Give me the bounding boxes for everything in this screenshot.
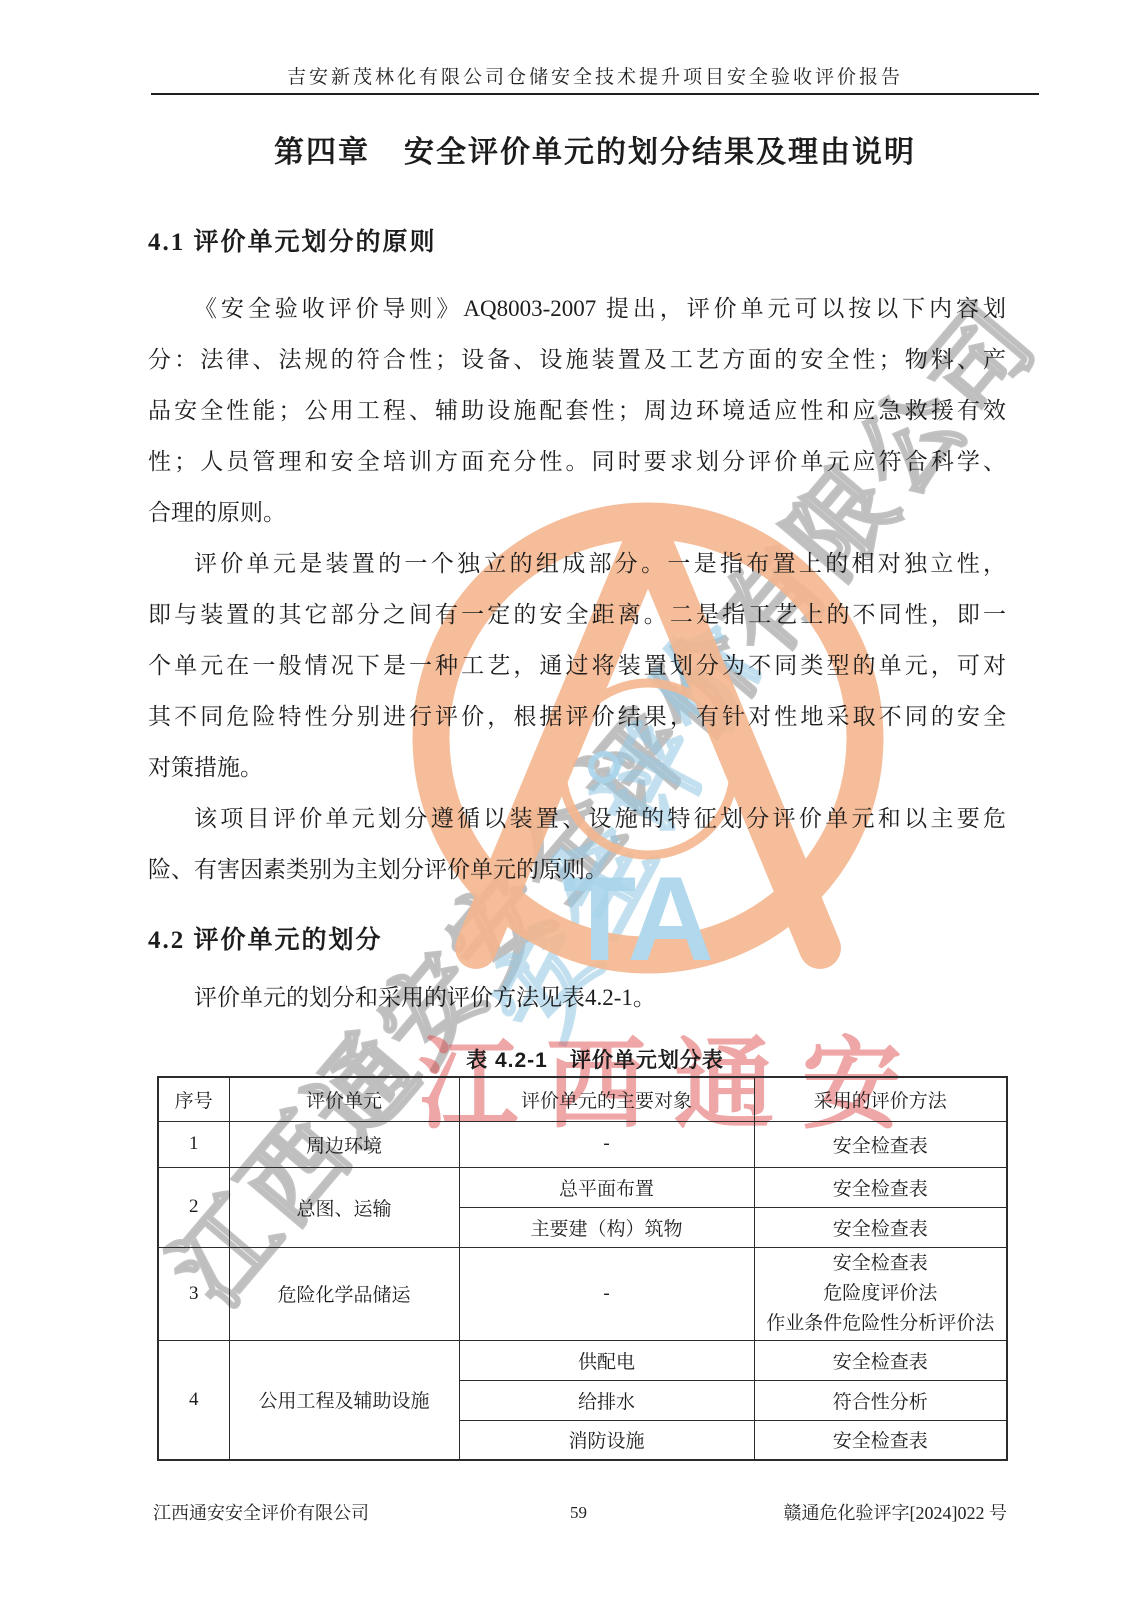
cell-object: - <box>459 1247 754 1340</box>
chapter-label: 第四章 <box>274 136 370 169</box>
cell-object: 供配电 <box>459 1340 754 1380</box>
unit-division-table: 序号 评价单元 评价单元的主要对象 采用的评价方法 1 周边环境 - 安全检查表… <box>157 1076 1008 1461</box>
running-header: 吉安新茂林化有限公司仓储安全技术提升项目安全验收评价报告 <box>150 62 1040 89</box>
cell-unit: 周边环境 <box>229 1121 459 1167</box>
cell-unit: 公用工程及辅助设施 <box>229 1340 459 1460</box>
paragraph-2-line: 即与装置的其它部分之间有一定的安全距离。二是指工艺上的不同性，即一 <box>148 589 1006 640</box>
chapter-title: 第四章安全评价单元的划分结果及理由说明 <box>150 134 1040 172</box>
cell-object: 总平面布置 <box>459 1167 754 1207</box>
col-header-object: 评价单元的主要对象 <box>459 1077 754 1121</box>
cell-method: 安全检查表 危险度评价法 作业条件危险性分析评价法 <box>754 1247 1007 1340</box>
table-caption: 表 4.2-1 评价单元划分表 <box>150 1044 1040 1074</box>
paragraph-2-line: 评价单元是装置的一个独立的组成部分。一是指布置上的相对独立性， <box>148 538 1006 589</box>
paragraph-1-line: 品安全性能；公用工程、辅助设施配套性；周边环境适应性和应急救援有效 <box>148 385 1006 436</box>
paragraph-1-line: 分：法律、法规的符合性；设备、设施装置及工艺方面的安全性；物料、产 <box>148 334 1006 385</box>
cell-no: 2 <box>158 1167 229 1247</box>
method-line: 安全检查表 <box>759 1249 1003 1279</box>
paragraph-2-line: 其不同危险特性分别进行评价，根据评价结果，有针对性地采取不同的安全 <box>148 691 1006 742</box>
report-page: 江西通安安全评价有限公司 安全评价 TA 江西通安 吉安新茂林化有限公司仓储安全… <box>0 0 1129 1600</box>
method-line: 危险度评价法 <box>759 1279 1003 1309</box>
cell-method: 安全检查表 <box>754 1167 1007 1207</box>
cell-method: 安全检查表 <box>754 1340 1007 1380</box>
header-rule <box>151 93 1039 95</box>
section-4-1-heading: 4.1 评价单元划分的原则 <box>148 227 437 259</box>
table-row: 3 危险化学品储运 - 安全检查表 危险度评价法 作业条件危险性分析评价法 <box>158 1247 1007 1340</box>
paragraph-1: 《安全验收评价导则》AQ8003-2007 提出，评价单元可以按以下内容划 分：… <box>148 283 1006 538</box>
footer-doc-number: 赣通危化验评字[2024]022 号 <box>784 1500 1008 1526</box>
table-row: 4 公用工程及辅助设施 供配电 安全检查表 <box>158 1340 1007 1380</box>
document-content: 吉安新茂林化有限公司仓储安全技术提升项目安全验收评价报告 第四章安全评价单元的划… <box>0 0 1129 1600</box>
col-header-no: 序号 <box>158 1077 229 1121</box>
chapter-name: 安全评价单元的划分结果及理由说明 <box>404 136 916 169</box>
paragraph-4-line: 评价单元的划分和采用的评价方法见表4.2-1。 <box>148 972 1006 1023</box>
cell-method: 安全检查表 <box>754 1121 1007 1167</box>
cell-method: 安全检查表 <box>754 1420 1007 1460</box>
col-header-method: 采用的评价方法 <box>754 1077 1007 1121</box>
paragraph-4: 评价单元的划分和采用的评价方法见表4.2-1。 <box>148 972 1006 1023</box>
table-row: 1 周边环境 - 安全检查表 <box>158 1121 1007 1167</box>
cell-method: 安全检查表 <box>754 1207 1007 1247</box>
paragraph-1-line: 《安全验收评价导则》AQ8003-2007 提出，评价单元可以按以下内容划 <box>148 283 1006 334</box>
paragraph-3: 该项目评价单元划分遵循以装置、设施的特征划分评价单元和以主要危 险、有害因素类别… <box>148 793 1006 895</box>
cell-no: 1 <box>158 1121 229 1167</box>
paragraph-2: 评价单元是装置的一个独立的组成部分。一是指布置上的相对独立性， 即与装置的其它部… <box>148 538 1006 793</box>
cell-unit: 危险化学品储运 <box>229 1247 459 1340</box>
cell-unit: 总图、运输 <box>229 1167 459 1247</box>
method-line: 作业条件危险性分析评价法 <box>759 1309 1003 1339</box>
cell-object: - <box>459 1121 754 1167</box>
paragraph-3-line: 该项目评价单元划分遵循以装置、设施的特征划分评价单元和以主要危 <box>148 793 1006 844</box>
paragraph-2-line: 对策措施。 <box>148 742 1006 793</box>
paragraph-1-line: 性；人员管理和安全培训方面充分性。同时要求划分评价单元应符合科学、 <box>148 436 1006 487</box>
cell-object: 给排水 <box>459 1380 754 1420</box>
table-row: 2 总图、运输 总平面布置 安全检查表 <box>158 1167 1007 1207</box>
paragraph-1-line: 合理的原则。 <box>148 487 1006 538</box>
section-4-2-heading: 4.2 评价单元的划分 <box>148 925 383 957</box>
cell-no: 3 <box>158 1247 229 1340</box>
cell-no: 4 <box>158 1340 229 1460</box>
paragraph-2-line: 个单元在一般情况下是一种工艺，通过将装置划分为不同类型的单元，可对 <box>148 640 1006 691</box>
cell-object: 消防设施 <box>459 1420 754 1460</box>
table-header-row: 序号 评价单元 评价单元的主要对象 采用的评价方法 <box>158 1077 1007 1121</box>
cell-method: 符合性分析 <box>754 1380 1007 1420</box>
paragraph-3-line: 险、有害因素类别为主划分评价单元的原则。 <box>148 844 1006 895</box>
col-header-unit: 评价单元 <box>229 1077 459 1121</box>
page-footer: 江西通安安全评价有限公司 59 赣通危化验评字[2024]022 号 <box>150 1500 1007 1526</box>
cell-object: 主要建（构）筑物 <box>459 1207 754 1247</box>
